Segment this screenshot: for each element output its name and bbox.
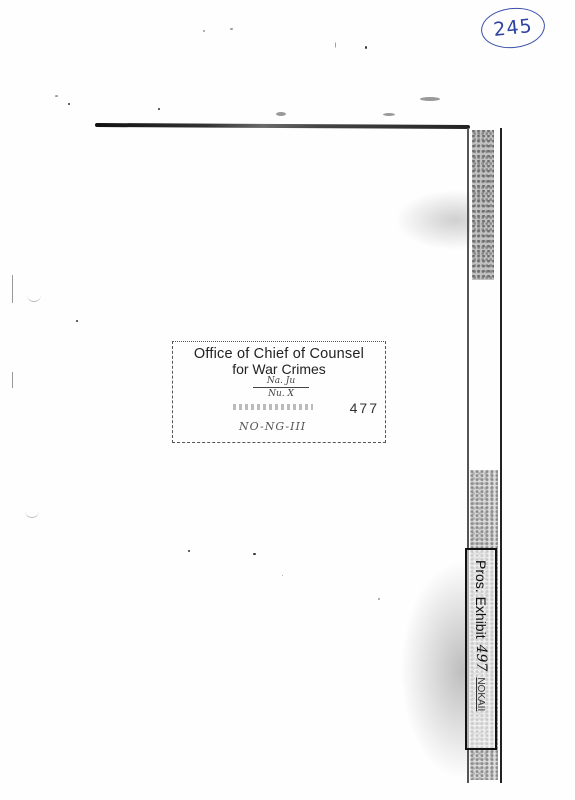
scanned-page: 245 Pros. Exhibit 497 NOKAII Office of C…: [0, 0, 575, 800]
top-binding-rule: [95, 123, 470, 129]
exhibit-label-text: Pros. Exhibit 497 NOKAII: [467, 550, 495, 748]
margin-mark: [12, 275, 13, 303]
hole-punch-mark: [27, 293, 41, 302]
scan-speck: [158, 108, 160, 110]
scan-speck: [68, 103, 70, 105]
binding-strip-texture: [472, 130, 494, 280]
page-number-text: 245: [492, 15, 533, 41]
handwritten-page-number: 245: [479, 5, 547, 51]
binding-strip-edge: [500, 128, 502, 783]
exhibit-label: Pros. Exhibit 497 NOKAII: [465, 548, 497, 750]
stamp-war-crimes-line: for War Crimes: [173, 361, 385, 377]
stamp-faint-text: [233, 404, 313, 410]
scan-speck: [203, 30, 205, 32]
fraction-bottom: Nu. X: [253, 389, 309, 399]
scan-speck: [76, 320, 78, 322]
exhibit-number: 497: [473, 645, 489, 672]
exhibit-suffix: NOKAII: [476, 677, 487, 711]
scan-speck: [253, 553, 256, 555]
scan-speck: [365, 46, 367, 49]
stamp-office-line: Office of Chief of Counsel: [173, 346, 385, 362]
scan-shadow: [395, 190, 470, 250]
scan-speck: [383, 113, 395, 116]
fraction-top: Na. Ju: [253, 376, 309, 386]
scan-speck: [55, 95, 58, 97]
stamp-exhibit-ref: 477: [350, 400, 379, 416]
scan-speck: [420, 97, 440, 101]
scan-speck: [335, 42, 336, 48]
scan-shadow: [400, 560, 470, 780]
margin-mark: [12, 372, 13, 388]
stamp-handwritten-fraction: Na. Ju Nu. X: [253, 376, 309, 399]
scan-speck: [282, 575, 283, 576]
office-stamp: Office of Chief of Counsel for War Crime…: [172, 341, 386, 443]
scan-speck: [188, 550, 190, 552]
hole-punch-mark: [25, 509, 39, 518]
fraction-bar: [253, 387, 309, 388]
scan-speck: [378, 598, 380, 600]
scan-speck: [230, 28, 233, 30]
scan-speck: [276, 112, 286, 116]
exhibit-prefix: Pros. Exhibit: [473, 560, 489, 639]
stamp-bottom-text: NO-NG-III: [239, 420, 306, 433]
